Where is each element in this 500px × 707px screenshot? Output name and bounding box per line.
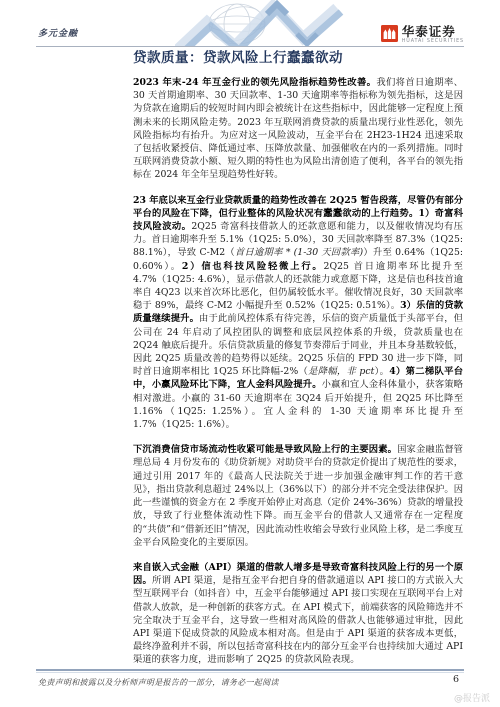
paragraph: 2023 年末-24 年互金行业的领先风险指标趋势性改善。我们将首日逾期率、30…: [133, 76, 463, 182]
watermark-label: @报告派: [454, 691, 490, 704]
text-run: 我们将首日逾期率、30 天首期逾期率、30 天回款率、1-30 天逾期率等指标称…: [133, 77, 463, 180]
paragraph: 23 年底以来互金行业贷款质量的趋势性改善在 2Q25 暂告段落，尽管仍有部分平…: [133, 194, 463, 432]
paragraph: 下沉消费信贷市场流动性收紧可能是导致风险上行的主要因素。国家金融监督管理总局 4…: [133, 443, 463, 549]
report-main: 贷款质量：贷款风险上行蠢蠢欲动 2023 年末-24 年互金行业的领先风险指标趋…: [133, 50, 463, 679]
footer-divider-shadow: [36, 672, 464, 673]
header-divider: [36, 46, 464, 47]
brand-logo: 华泰证券 HUATAI SECURITIES: [381, 25, 464, 44]
text-run: ）。: [374, 366, 389, 377]
section-title: 贷款质量：贷款风险上行蠢蠢欲动: [133, 50, 463, 67]
text-run: 首日逾期率 * (1-30 天回款率): [235, 247, 363, 258]
text-run: 国家金融监督管理总局 4 月份发布的《助贷新规》对助贷平台的贷款定价提出了规范性…: [133, 444, 463, 547]
text-run: 所谓 API 渠道，是指互金平台把自身的借款通道以 API 接口的方式嵌入大型互…: [133, 575, 463, 665]
industry-category-label: 多元金融: [38, 26, 78, 39]
brand-name-en: HUATAI SECURITIES: [402, 39, 464, 44]
brand-name: 华泰证券 HUATAI SECURITIES: [402, 25, 464, 44]
text-run: 2023 年末-24 年互金行业的领先风险指标趋势性改善。: [133, 77, 376, 88]
globe-ribbon-decoration-icon: [175, 0, 345, 46]
text-run: 是降幅，非 pct: [308, 366, 374, 377]
brand-name-cn: 华泰证券: [402, 25, 464, 38]
report-page: 多元金融 华泰证券 HUATAI SECURITIES: [0, 0, 500, 707]
huatai-logo-icon: [381, 25, 398, 42]
footer-divider: [36, 669, 464, 671]
page-number: 6: [453, 674, 459, 685]
text-run: 下沉消费信贷市场流动性收紧可能是导致风险上行的主要因素。: [133, 444, 397, 455]
text-run: 2）信也科技风险轻微上行。: [182, 261, 324, 272]
footer-disclaimer: 免责声明和披露以及分析师声明是报告的一部分，请务必一起阅读: [38, 677, 279, 688]
report-body: 2023 年末-24 年互金行业的领先风险指标趋势性改善。我们将首日逾期率、30…: [133, 76, 463, 667]
paragraph: 来自嵌入式金融（API）渠道的借款人增多是导致奇富科技风险上行的另一个原因。所谓…: [133, 561, 463, 667]
